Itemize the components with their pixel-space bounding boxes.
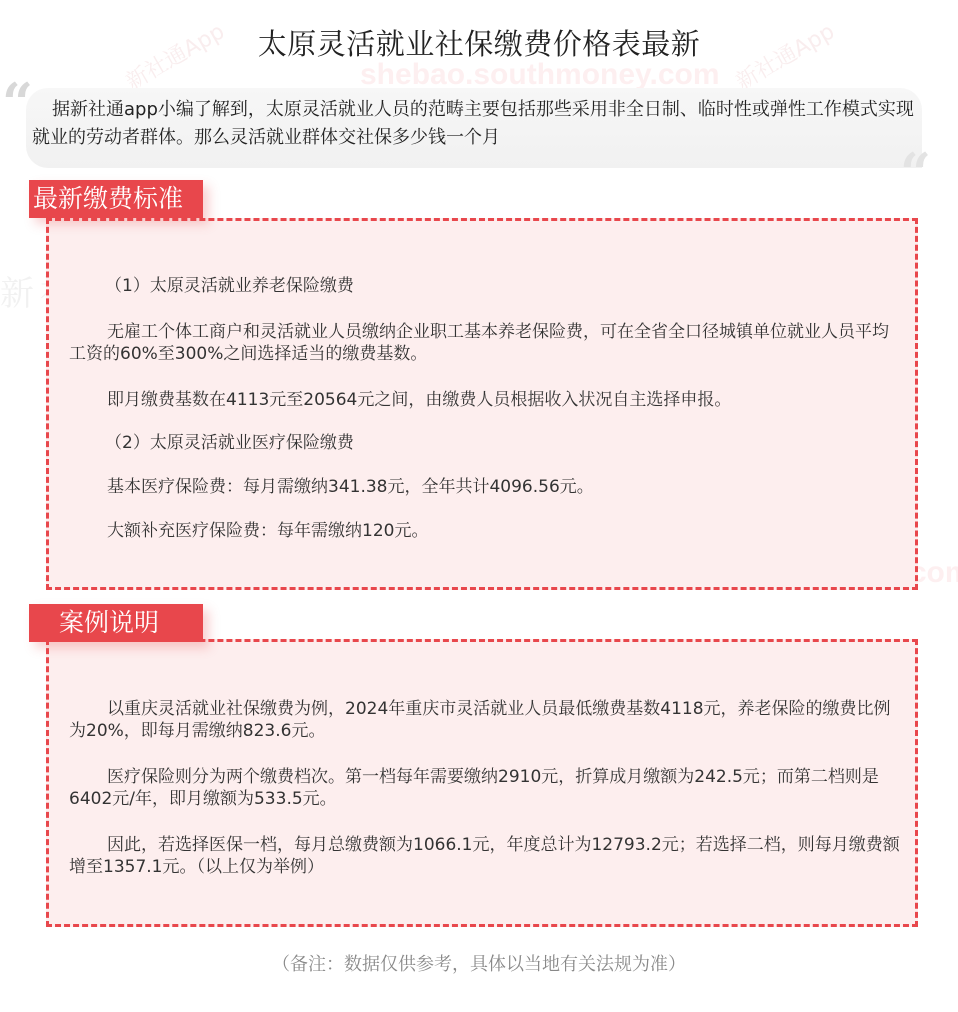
medical-heading: （2）太原灵活就业医疗保险缴费 (105, 432, 354, 454)
intro-box: 据新社通app小编了解到，太原灵活就业人员的范畴主要包括那些采用非全日制、临时性… (26, 88, 922, 168)
page-title: 太原灵活就业社保缴费价格表最新 (0, 22, 958, 63)
quote-close-icon: “ (900, 146, 931, 200)
watermark-domain: shebao.southmoney.com (360, 58, 720, 92)
pension-description: 无雇工个体工商户和灵活就业人员缴纳企业职工基本养老保险费，可在全省全口径城镇单位… (69, 321, 893, 365)
intro-text: 据新社通app小编了解到，太原灵活就业人员的范畴主要包括那些采用非全日制、临时性… (32, 96, 916, 152)
example-paragraph-1: 以重庆灵活就业社保缴费为例，2024年重庆市灵活就业人员最低缴费基数4118元，… (69, 698, 901, 742)
pension-range: 即月缴费基数在4113元至20564元之间，由缴费人员根据收入状况自主选择申报。 (107, 389, 731, 411)
section-label-standard: 最新缴费标准 (29, 180, 203, 218)
medical-major: 大额补充医疗保险费：每年需缴纳120元。 (107, 520, 428, 542)
section-label-example: 案例说明 (29, 604, 203, 642)
standard-panel: （1）太原灵活就业养老保险缴费 无雇工个体工商户和灵活就业人员缴纳企业职工基本养… (46, 218, 918, 590)
quote-open-icon: “ (2, 76, 33, 130)
footer-note: （备注：数据仅供参考，具体以当地有关法规为准） (0, 950, 958, 976)
example-panel: 以重庆灵活就业社保缴费为例，2024年重庆市灵活就业人员最低缴费基数4118元，… (46, 639, 918, 927)
pension-heading: （1）太原灵活就业养老保险缴费 (105, 275, 354, 297)
medical-basic: 基本医疗保险费：每月需缴纳341.38元，全年共计4096.56元。 (107, 476, 594, 498)
example-paragraph-2: 医疗保险则分为两个缴费档次。第一档每年需要缴纳2910元，折算成月缴额为242.… (69, 766, 901, 810)
example-paragraph-3: 因此，若选择医保一档，每月总缴费额为1066.1元，年度总计为12793.2元；… (69, 834, 901, 878)
